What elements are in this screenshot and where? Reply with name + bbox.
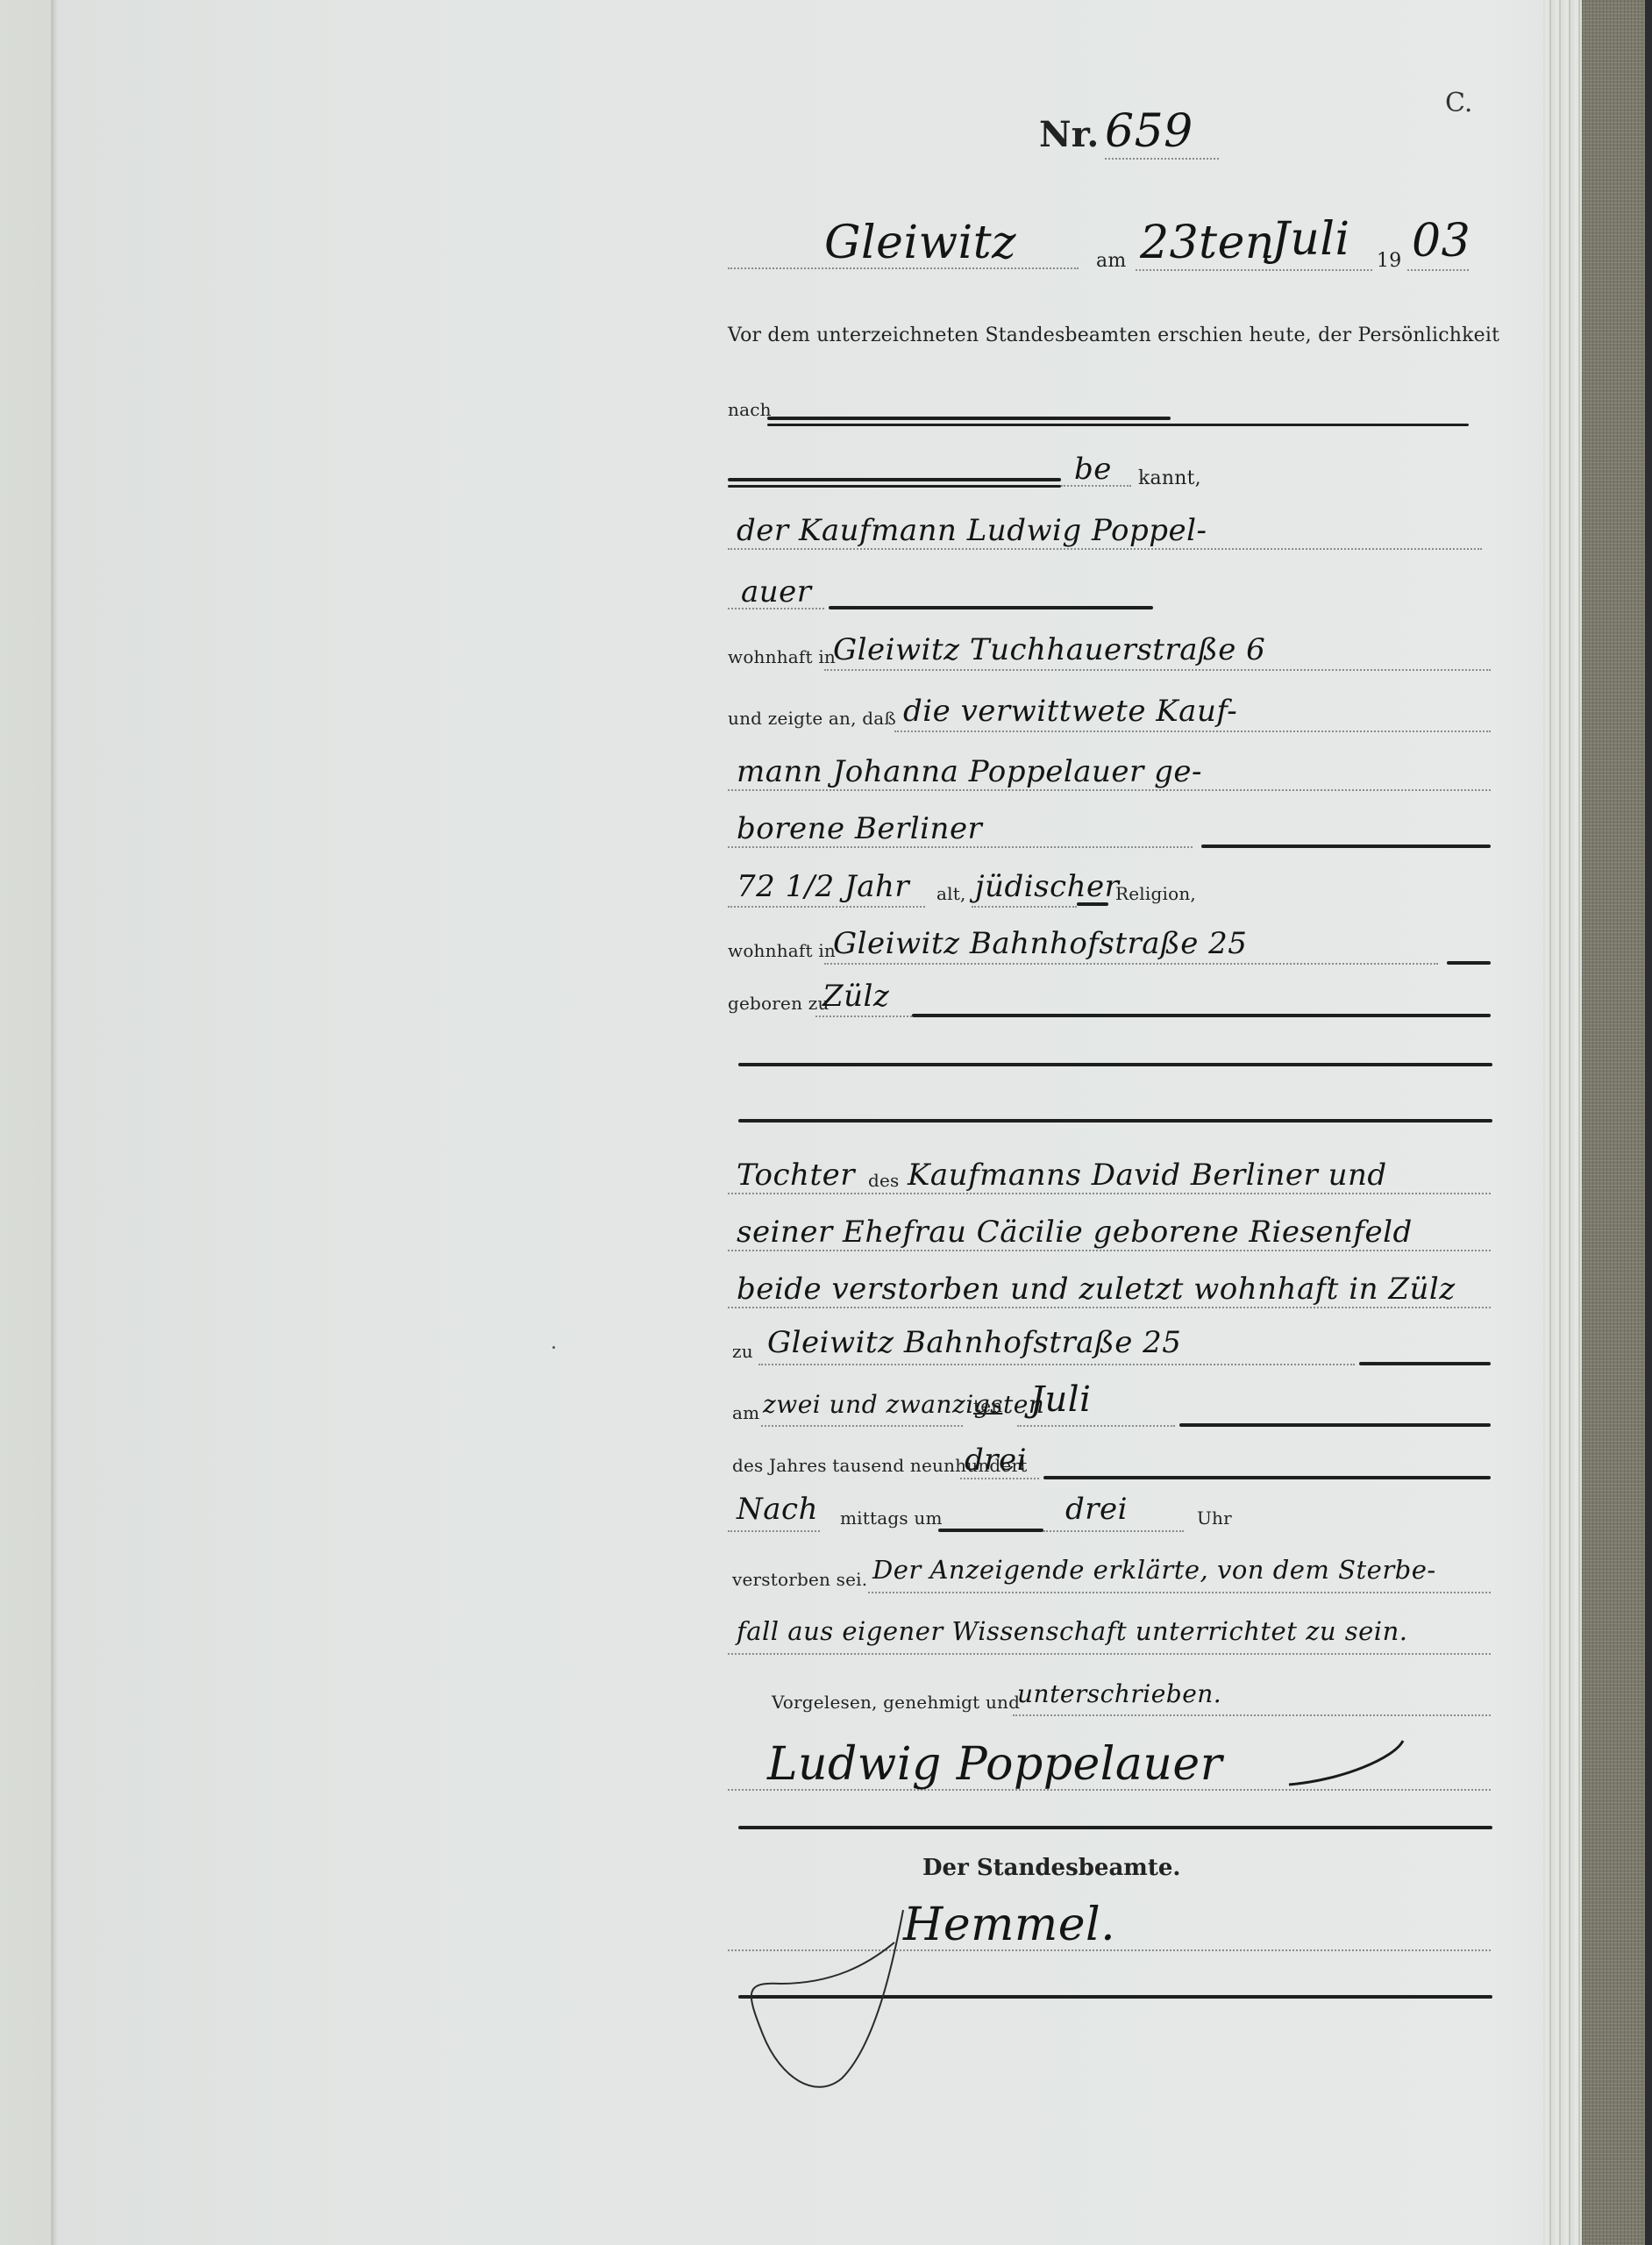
dotted-line (728, 1653, 1491, 1655)
strike-line (1201, 845, 1491, 848)
number-value: 659 (1105, 105, 1193, 158)
deceased-name-row: mann Johanna Poppelauer ge- (728, 754, 1491, 807)
religion-value: jüdischer (975, 869, 1119, 904)
book-cover-edge (1645, 0, 1652, 2245)
parents-line1-a: Tochter (737, 1158, 855, 1193)
declared-value: die verwittwete Kauf- (903, 694, 1237, 729)
bekannt-hand: be (1074, 452, 1112, 487)
death-year-row: des Jahres tausend neunhundert drei (728, 1443, 1491, 1495)
verstorben-row: verstorben sei. Der Anzeigende erklärte,… (728, 1557, 1491, 1609)
bekannt-row: be kannt, (728, 460, 1491, 513)
time-value: drei (1065, 1492, 1128, 1527)
registrar-heading: Der Standesbeamte. (922, 1855, 1180, 1881)
am-label: am (1096, 250, 1126, 272)
read-approved-row: Vorgelesen, genehmigt und unterschrieben… (728, 1679, 1491, 1732)
parents-line3: beide verstorben und zuletzt wohnhaft in… (737, 1272, 1456, 1307)
bekannt-label: kannt, (1138, 467, 1201, 489)
deceased-line2: mann Johanna Poppelauer ge- (737, 754, 1202, 789)
registrar-rule (738, 1995, 1492, 1999)
informant-signature: Ludwig Poppelauer (767, 1738, 1222, 1791)
death-note-line2: fall aus eigener Wissenschaft unterricht… (737, 1616, 1407, 1646)
register-form: Nr. 659 Gleiwitz am 23ten Juli 19 03 Vor… (728, 0, 1491, 2245)
dotted-line (728, 789, 1491, 791)
informant-row-2: auer (728, 574, 1491, 627)
verstorben-label: verstorben sei. (732, 1569, 867, 1590)
strike-line (728, 485, 1061, 488)
strike-line (1043, 1476, 1491, 1479)
year-prefix: 19 (1377, 250, 1401, 272)
strike-line (767, 424, 1469, 426)
death-date-suffix: ten (973, 1395, 1002, 1416)
dotted-line (960, 1478, 1039, 1479)
dotted-line (728, 1307, 1491, 1308)
parents-line2: seiner Ehefrau Cäcilie geborene Riesenfe… (737, 1215, 1413, 1250)
signature-rule (738, 1826, 1492, 1829)
dotted-line (761, 1425, 963, 1427)
age-value: 72 1/2 Jahr (737, 869, 909, 904)
registrar-signature: Hemmel. (903, 1899, 1115, 1951)
paper-speck (552, 1346, 555, 1349)
dotted-line (728, 548, 1482, 550)
deceased-line3: borene Berliner (737, 811, 982, 846)
dotted-line (824, 669, 1491, 671)
deceased-residence-label: wohnhaft in (728, 940, 836, 961)
strike-line (767, 417, 1171, 420)
dotted-line (1017, 1425, 1175, 1427)
nach-row: nach (728, 399, 1491, 452)
death-time-row: Nach mittags um drei Uhr (728, 1495, 1491, 1548)
informant-signature-row: Ludwig Poppelauer (728, 1745, 1491, 1815)
death-place-row: zu Gleiwitz Bahnhofstraße 25 (728, 1329, 1491, 1381)
strike-line (738, 1119, 1492, 1122)
parents-row-1: Tochter des Kaufmanns David Berliner und (728, 1158, 1491, 1210)
death-date-row: am zwei und zwanzigsten ten Juli (728, 1390, 1491, 1443)
death-place-value: Gleiwitz Bahnhofstraße 25 (767, 1325, 1181, 1360)
death-note-line1: Der Anzeigende erklärte, von dem Sterbe- (872, 1555, 1436, 1585)
age-religion-row: 72 1/2 Jahr alt, jüdischer Religion, (728, 873, 1491, 925)
strike-line (728, 478, 1061, 481)
dotted-line (824, 963, 1438, 965)
dotted-line (1105, 158, 1219, 160)
strike-line (738, 1063, 1492, 1066)
dotted-line (728, 846, 1193, 848)
death-note-row: fall aus eigener Wissenschaft unterricht… (728, 1618, 1491, 1671)
dotted-line (1043, 1530, 1184, 1532)
dotted-line (972, 906, 1077, 908)
deceased-residence-row: wohnhaft in Gleiwitz Bahnhofstraße 25 (728, 930, 1491, 982)
informant-residence-label: wohnhaft in (728, 646, 836, 667)
stacked-page-edges (1545, 0, 1582, 2245)
read-label: Vorgelesen, genehmigt und (772, 1692, 1020, 1713)
dotted-line (758, 1364, 1355, 1365)
death-year-value: drei (965, 1443, 1027, 1478)
death-date-label: am (732, 1402, 759, 1423)
strike-line (1359, 1362, 1491, 1365)
informant-residence-row: wohnhaft in Gleiwitz Tuchhauerstraße 6 (728, 636, 1491, 688)
time-prefix: Nach (737, 1492, 818, 1527)
dotted-line (728, 1193, 1491, 1194)
dotted-line (1407, 269, 1469, 271)
place-date-row: Gleiwitz am 23ten Juli 19 03 (728, 224, 1491, 276)
informant-line1: der Kaufmann Ludwig Poppel- (737, 513, 1207, 548)
declared-label: und zeigte an, daß (728, 708, 896, 729)
birthplace-value: Zülz (822, 979, 889, 1014)
number-label: Nr. (1039, 114, 1100, 155)
strike-line (912, 1014, 1491, 1017)
dotted-line (1136, 269, 1372, 271)
informant-line2: auer (741, 574, 812, 609)
informant-row-1: der Kaufmann Ludwig Poppel- (728, 513, 1491, 566)
parents-row-2: seiner Ehefrau Cäcilie geborene Riesenfe… (728, 1215, 1491, 1267)
deceased-residence-value: Gleiwitz Bahnhofstraße 25 (833, 926, 1247, 961)
nach-label: nach (728, 399, 772, 420)
dotted-line (815, 1016, 912, 1017)
entry-number-row: Nr. 659 (728, 114, 1491, 167)
strike-line (1077, 902, 1108, 906)
birthplace-label: geboren zu (728, 993, 830, 1014)
strike-line (1179, 1423, 1491, 1427)
parents-row-3: beide verstorben und zuletzt wohnhaft in… (728, 1272, 1491, 1324)
dotted-line (894, 731, 1491, 732)
birthplace-row: geboren zu Zülz (728, 982, 1491, 1035)
age-label: alt, (936, 883, 966, 904)
death-month-value: Juli (1030, 1379, 1091, 1420)
deceased-maiden-row: borene Berliner (728, 811, 1491, 864)
death-place-label: zu (732, 1341, 753, 1362)
intro-row: Vor dem unterzeichneten Standesbeamten e… (728, 324, 1491, 377)
header-day: 23ten (1140, 217, 1275, 269)
strike-line (829, 606, 1153, 609)
strike-line (1447, 961, 1491, 965)
declaration-row: und zeigte an, daß die verwittwete Kauf- (728, 697, 1491, 750)
registrar-signature-row: Hemmel. (728, 1907, 1491, 1978)
cloth-binding (1582, 0, 1645, 2245)
dotted-line (728, 1530, 820, 1532)
dotted-line (728, 906, 925, 908)
informant-residence-value: Gleiwitz Tuchhauerstraße 6 (833, 632, 1265, 667)
parents-line1-b: Kaufmanns David Berliner und (908, 1158, 1387, 1193)
page-crease (51, 0, 54, 2245)
strike-line (938, 1529, 1043, 1532)
intro-text: Vor dem unterzeichneten Standesbeamten e… (728, 324, 1499, 346)
dotted-line (728, 1250, 1491, 1251)
parents-line1-des: des (868, 1170, 900, 1191)
time-suffix: Uhr (1197, 1507, 1232, 1529)
read-value: unterschrieben. (1017, 1679, 1221, 1708)
header-place: Gleiwitz (824, 217, 1016, 269)
time-label: mittags um (840, 1507, 943, 1529)
year-suffix: 03 (1412, 215, 1470, 267)
dotted-line (868, 1592, 1491, 1593)
header-month: Juli (1271, 213, 1350, 266)
religion-label: Religion, (1115, 883, 1196, 904)
dotted-line (1013, 1714, 1491, 1716)
